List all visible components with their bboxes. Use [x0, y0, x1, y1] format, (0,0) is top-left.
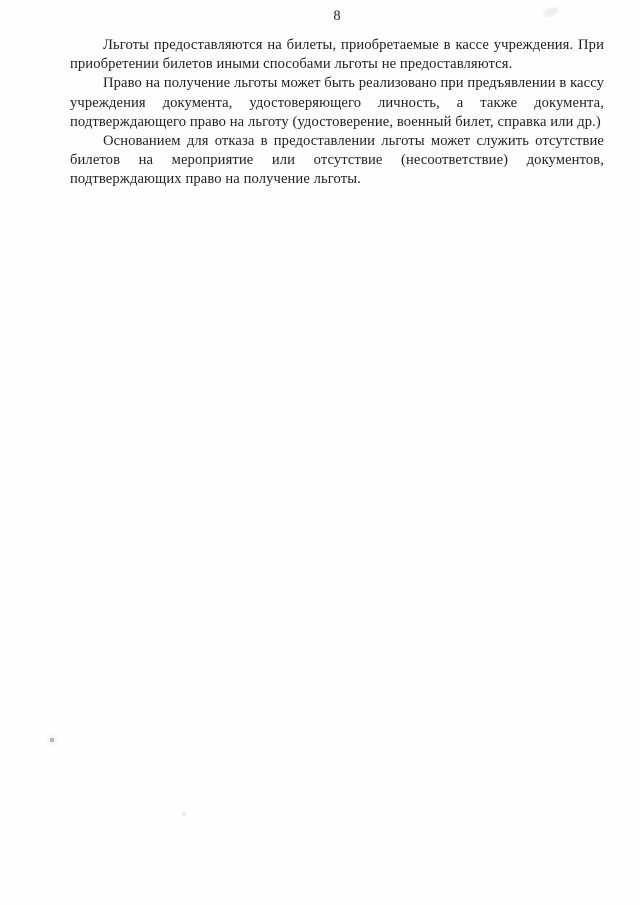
- scan-speck: [182, 812, 186, 816]
- paragraph-refusal-grounds: Основанием для отказа в предоставлении л…: [70, 132, 604, 190]
- scan-speck: [50, 738, 54, 742]
- document-page: 8 Льготы предоставляются на билеты, прио…: [0, 0, 640, 905]
- document-body: Льготы предоставляются на билеты, приобр…: [70, 36, 604, 190]
- paragraph-benefits-cash-desk: Льготы предоставляются на билеты, приобр…: [70, 36, 604, 74]
- page-number: 8: [70, 8, 604, 24]
- paragraph-benefit-right-documents: Право на получение льготы может быть реа…: [70, 74, 604, 132]
